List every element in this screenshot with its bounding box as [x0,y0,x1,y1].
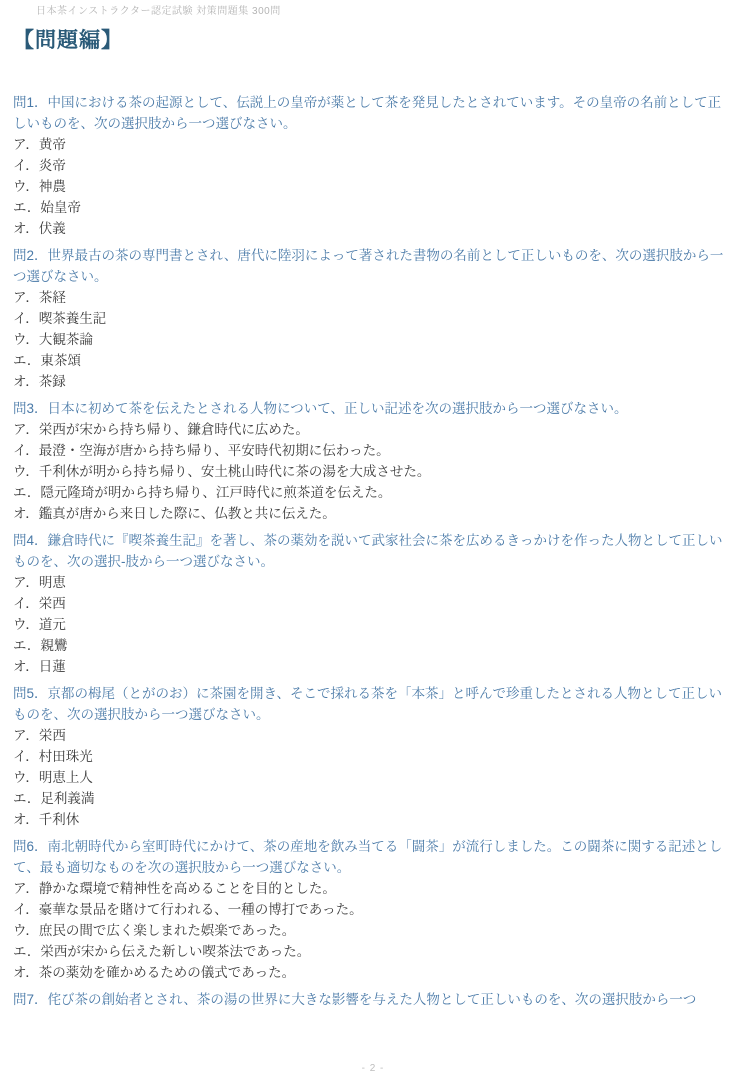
question-block: 問3．日本に初めて茶を伝えたとされる人物について、正しい記述を次の選択肢から一つ… [13,398,734,524]
question-text: 問2．世界最古の茶の専門書とされ、唐代に陸羽によって著された書物の名前として正し… [13,245,734,287]
option-item: エ．足利義満 [13,788,734,809]
question-block: 問6．南北朝時代から室町時代にかけて、茶の産地を飲み当てる「闘茶」が流行しました… [13,836,734,983]
option-item: エ．東茶頌 [13,350,734,371]
option-item: イ．村田珠光 [13,746,734,767]
option-item: イ．喫茶養生記 [13,308,734,329]
question-block: 問7．侘び茶の創始者とされ、茶の湯の世界に大きな影響を与えた人物として正しいもの… [13,989,734,1010]
question-text: 問5．京都の栂尾（とがのお）に茶園を開き、そこで採れる茶を「本茶」と呼んで珍重し… [13,683,734,725]
option-item: オ．茶の薬効を確かめるための儀式であった。 [13,962,734,983]
option-item: エ．隠元隆琦が明から持ち帰り、江戸時代に煎茶道を伝えた。 [13,482,734,503]
option-item: エ．親鸞 [13,635,734,656]
option-item: ウ．千利休が明から持ち帰り、安土桃山時代に茶の湯を大成させた。 [13,461,734,482]
question-text: 問7．侘び茶の創始者とされ、茶の湯の世界に大きな影響を与えた人物として正しいもの… [13,989,734,1010]
option-item: ウ．明恵上人 [13,767,734,788]
option-item: オ．日蓮 [13,656,734,677]
option-item: イ．栄西 [13,593,734,614]
question-text: 問4．鎌倉時代に『喫茶養生記』を著し、茶の薬効を説いて武家社会に茶を広めるきっか… [13,530,734,572]
option-item: イ．豪華な景品を賭けて行われる、一種の博打であった。 [13,899,734,920]
option-item: オ．伏義 [13,218,734,239]
option-item: ア．茶経 [13,287,734,308]
options-list: ア．黄帝イ．炎帝ウ．神農エ．始皇帝オ．伏義 [13,134,734,239]
question-block: 問4．鎌倉時代に『喫茶養生記』を著し、茶の薬効を説いて武家社会に茶を広めるきっか… [13,530,734,677]
question-text: 問6．南北朝時代から室町時代にかけて、茶の産地を飲み当てる「闘茶」が流行しました… [13,836,734,878]
option-item: オ．鑑真が唐から来日した際に、仏教と共に伝えた。 [13,503,734,524]
option-item: ウ．道元 [13,614,734,635]
option-item: イ．炎帝 [13,155,734,176]
question-block: 問2．世界最古の茶の専門書とされ、唐代に陸羽によって著された書物の名前として正し… [13,245,734,392]
options-list: ア．静かな環境で精神性を高めることを目的とした。イ．豪華な景品を賭けて行われる、… [13,878,734,983]
option-item: ウ．神農 [13,176,734,197]
option-item: ア．栄西が宋から持ち帰り、鎌倉時代に広めた。 [13,419,734,440]
option-item: エ．栄西が宋から伝えた新しい喫茶法であった。 [13,941,734,962]
options-list: ア．栄西イ．村田珠光ウ．明恵上人エ．足利義満オ．千利休 [13,725,734,830]
option-item: オ．千利休 [13,809,734,830]
question-text: 問1．中国における茶の起源として、伝説上の皇帝が薬として茶を発見したとされていま… [13,92,734,134]
page-title: 【問題編】 [13,24,123,54]
questions-list: 問1．中国における茶の起源として、伝説上の皇帝が薬として茶を発見したとされていま… [13,92,734,1016]
question-text: 問3．日本に初めて茶を伝えたとされる人物について、正しい記述を次の選択肢から一つ… [13,398,734,419]
options-list: ア．栄西が宋から持ち帰り、鎌倉時代に広めた。イ．最澄・空海が唐から持ち帰り、平安… [13,419,734,524]
option-item: イ．最澄・空海が唐から持ち帰り、平安時代初期に伝わった。 [13,440,734,461]
option-item: ウ．庶民の間で広く楽しまれた娯楽であった。 [13,920,734,941]
option-item: ウ．大観茶論 [13,329,734,350]
option-item: ア．静かな環境で精神性を高めることを目的とした。 [13,878,734,899]
option-item: オ．茶録 [13,371,734,392]
option-item: ア．明恵 [13,572,734,593]
option-item: ア．栄西 [13,725,734,746]
option-item: ア．黄帝 [13,134,734,155]
question-block: 問5．京都の栂尾（とがのお）に茶園を開き、そこで採れる茶を「本茶」と呼んで珍重し… [13,683,734,830]
options-list: ア．明恵イ．栄西ウ．道元エ．親鸞オ．日蓮 [13,572,734,677]
option-item: エ．始皇帝 [13,197,734,218]
question-block: 問1．中国における茶の起源として、伝説上の皇帝が薬として茶を発見したとされていま… [13,92,734,239]
options-list: ア．茶経イ．喫茶養生記ウ．大観茶論エ．東茶頌オ．茶録 [13,287,734,392]
page-number: - 2 - [0,1063,746,1074]
running-header: 日本茶インストラクター認定試験 対策問題集 300問 [36,2,281,17]
